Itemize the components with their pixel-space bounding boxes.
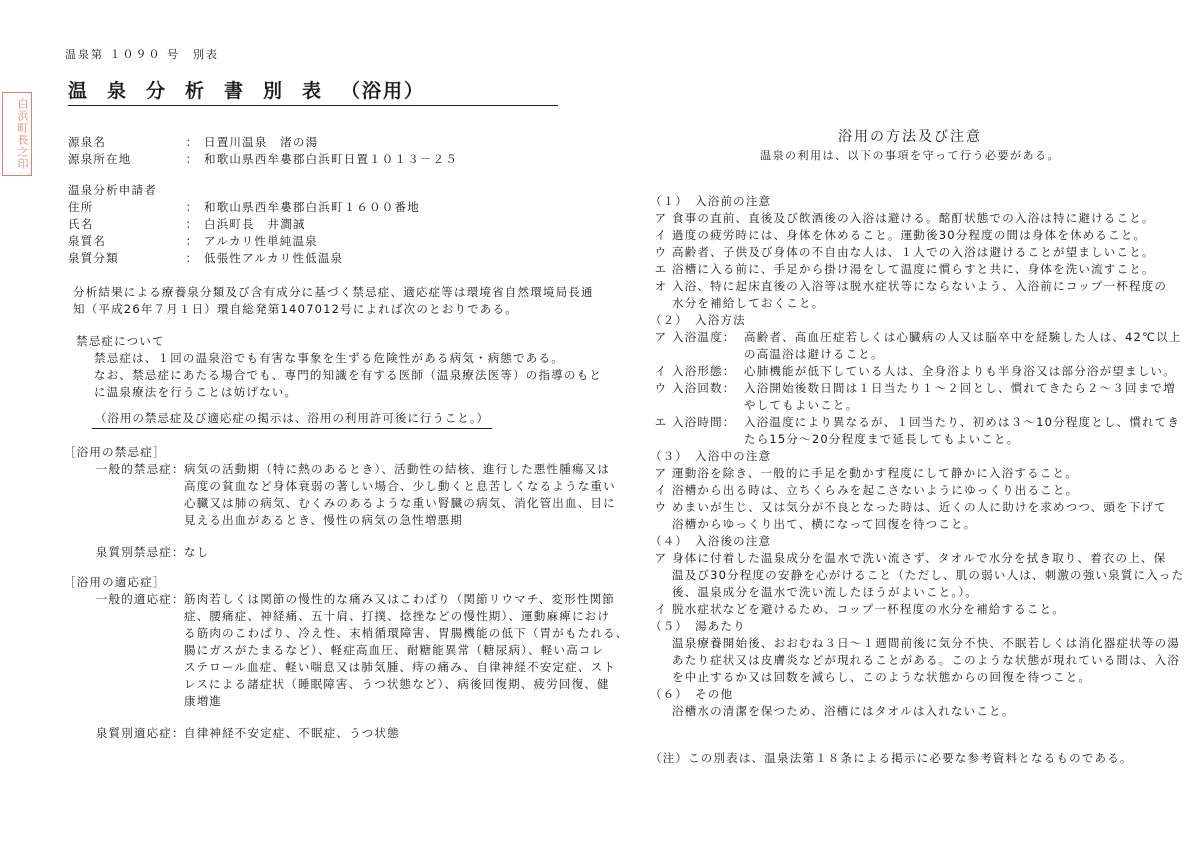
footnote: （注）この別表は、温泉法第１８条による掲示に必要な参考資料となるものである。 bbox=[650, 750, 1133, 767]
indications-section: ［浴用の適応症］ 一般的適応症： 筋肉若しくは関節の慢性的な痛み又はこわばり（関… bbox=[64, 574, 629, 742]
section-heading: （２） 入浴方法 bbox=[650, 312, 1180, 329]
intro-paragraph: 分析結果による療養泉分類及び含有成分に基づく禁忌症、適応症等は環境省自然環境局長… bbox=[73, 284, 594, 318]
section-heading: （４） 入浴後の注意 bbox=[650, 533, 1180, 550]
address-row: 住所： 和歌山県西牟婁郡白浜町１６００番地 bbox=[68, 199, 420, 216]
list-item: ウめまいが生じ、又は気分が不良となった時は、近くの人に助けを求めつつ、頭を下げて… bbox=[650, 499, 1180, 533]
section-heading: （３） 入浴中の注意 bbox=[650, 448, 1180, 465]
specific-contraindications: 泉質別禁忌症：なし bbox=[64, 544, 616, 561]
page-title: 温泉分析書別表（浴用） bbox=[68, 76, 558, 106]
title-sub: （浴用） bbox=[341, 80, 425, 102]
field-label: 泉質分類 bbox=[68, 250, 180, 267]
list-item: オ入浴、特に起床直後の入浴等は脱水症状等にならないよう、入浴前にコップ一杯程度の… bbox=[650, 278, 1180, 312]
general-indications: 一般的適応症： 筋肉若しくは関節の慢性的な痛み又はこわばり（関節リウマチ、変形性… bbox=[64, 591, 629, 710]
spring-quality-row: 泉質名： アルカリ性単純温泉 bbox=[68, 233, 420, 250]
list-item: エ入浴時間：入浴温度により異なるが、１回当たり、初めは３～10分程度とし、慣れて… bbox=[650, 414, 1180, 448]
list-item: 浴槽水の清潔を保つため、浴槽にはタオルは入れないこと。 bbox=[650, 703, 1180, 720]
section-heading: ［浴用の適応症］ bbox=[64, 574, 629, 591]
source-name-row: 源泉名 ： 日置川温泉 渚の湯 bbox=[68, 134, 458, 151]
source-location-value: 和歌山県西牟婁郡白浜町日置１０１３－２５ bbox=[204, 151, 458, 168]
row-label: 一般的適応症 bbox=[64, 591, 172, 710]
section-heading: ［浴用の禁忌症］ bbox=[64, 444, 616, 461]
field-label: 源泉名 bbox=[68, 134, 180, 151]
list-item: ア入浴温度：高齢者、高血圧症若しくは心臓病の人又は脳卒中を経験した人は、42℃以… bbox=[650, 329, 1180, 363]
list-item: ア運動浴を除き、一般的に手足を動かす程度にして静かに入浴すること。 bbox=[650, 465, 1180, 482]
contraindications-section: ［浴用の禁忌症］ 一般的禁忌症： 病気の活動期（特に熱のあるとき）、活動性の結核… bbox=[64, 444, 616, 561]
applicant-heading: 温泉分析申請者 bbox=[68, 182, 420, 199]
contraindication-about: 禁忌症について 禁忌症は、１回の温泉浴でも有害な事象を生ずる危険性がある病気・病… bbox=[76, 333, 602, 401]
source-location-row: 源泉所在地 ： 和歌山県西牟婁郡白浜町日置１０１３－２５ bbox=[68, 151, 458, 168]
field-label: 源泉所在地 bbox=[68, 151, 180, 168]
usage-subtitle: 温泉の利用は、以下の事項を守って行う必要がある。 bbox=[640, 147, 1180, 163]
source-name-value: 日置川温泉 渚の湯 bbox=[204, 134, 318, 151]
name-row: 氏名： 白浜町長 井澗誠 bbox=[68, 216, 420, 233]
spring-class-row: 泉質分類： 低張性アルカリ性低温泉 bbox=[68, 250, 420, 267]
address-value: 和歌山県西牟婁郡白浜町１６００番地 bbox=[204, 199, 420, 216]
posting-notice: （浴用の禁忌症及び適応症の掲示は、浴用の利用許可後に行うこと。） bbox=[92, 410, 492, 429]
usage-sections: （１） 入浴前の注意 ア食事の直前、直後及び飲酒後の入浴は避ける。酩酊状態での入… bbox=[650, 193, 1180, 720]
list-item: イ入浴形態：心肺機能が低下している人は、全身浴よりも半身浴又は部分浴が望ましい。 bbox=[650, 363, 1180, 380]
list-item: イ過度の疲労時には、身体を休めること。運動後30分程度の間は身体を休めること。 bbox=[650, 227, 1180, 244]
row-label: 一般的禁忌症 bbox=[64, 461, 172, 529]
title-main: 温泉分析書別表 bbox=[68, 80, 341, 102]
section-heading: （５） 湯あたり bbox=[650, 618, 1180, 635]
document-reference-number: 温泉第 １０９０ 号 別表 bbox=[65, 46, 219, 63]
spring-class-value: 低張性アルカリ性低温泉 bbox=[204, 250, 343, 267]
field-label: 氏名 bbox=[68, 216, 180, 233]
section-heading: （６） その他 bbox=[650, 686, 1180, 703]
source-info: 源泉名 ： 日置川温泉 渚の湯 源泉所在地 ： 和歌山県西牟婁郡白浜町日置１０１… bbox=[68, 134, 458, 168]
usage-title: 浴用の方法及び注意 bbox=[640, 126, 1180, 146]
list-item: ア食事の直前、直後及び飲酒後の入浴は避ける。酩酊状態での入浴は特に避けること。 bbox=[650, 210, 1180, 227]
field-label: 住所 bbox=[68, 199, 180, 216]
list-item: 温泉療養開始後、おおむね３日～１週間前後に気分不快、不眠若しくは消化器症状等の湯… bbox=[650, 635, 1180, 686]
field-label: 泉質名 bbox=[68, 233, 180, 250]
section-heading: （１） 入浴前の注意 bbox=[650, 193, 1180, 210]
list-item: エ浴槽に入る前に、手足から掛け湯をして温度に慣らすと共に、身体を洗い流すこと。 bbox=[650, 261, 1180, 278]
list-item: ウ入浴回数：入浴開始後数日間は１日当たり１～２回とし、慣れてきたら２～３回まで増… bbox=[650, 380, 1180, 414]
list-item: ウ高齢者、子供及び身体の不自由な人は、１人での入浴は避けることが望ましいこと。 bbox=[650, 244, 1180, 261]
specific-indications: 泉質別適応症：自律神経不安定症、不眠症、うつ状態 bbox=[64, 725, 629, 742]
list-item: ア身体に付着した温泉成分を温水で洗い流さず、タオルで水分を拭き取り、着衣の上、保… bbox=[650, 550, 1180, 601]
applicant-section: 温泉分析申請者 住所： 和歌山県西牟婁郡白浜町１６００番地 氏名： 白浜町長 井… bbox=[68, 182, 420, 267]
name-value: 白浜町長 井澗誠 bbox=[204, 216, 306, 233]
spring-quality-value: アルカリ性単純温泉 bbox=[204, 233, 318, 250]
section-heading: 禁忌症について bbox=[76, 333, 602, 350]
list-item: イ脱水症状などを避けるため、コップ一杯程度の水分を補給すること。 bbox=[650, 601, 1180, 618]
official-seal-stamp: 白浜町長之印 bbox=[2, 92, 32, 176]
list-item: イ浴槽から出る時は、立ちくらみを起こさないようにゆっくり出ること。 bbox=[650, 482, 1180, 499]
general-contraindications: 一般的禁忌症： 病気の活動期（特に熱のあるとき）、活動性の結核、進行した悪性腫瘍… bbox=[64, 461, 616, 529]
